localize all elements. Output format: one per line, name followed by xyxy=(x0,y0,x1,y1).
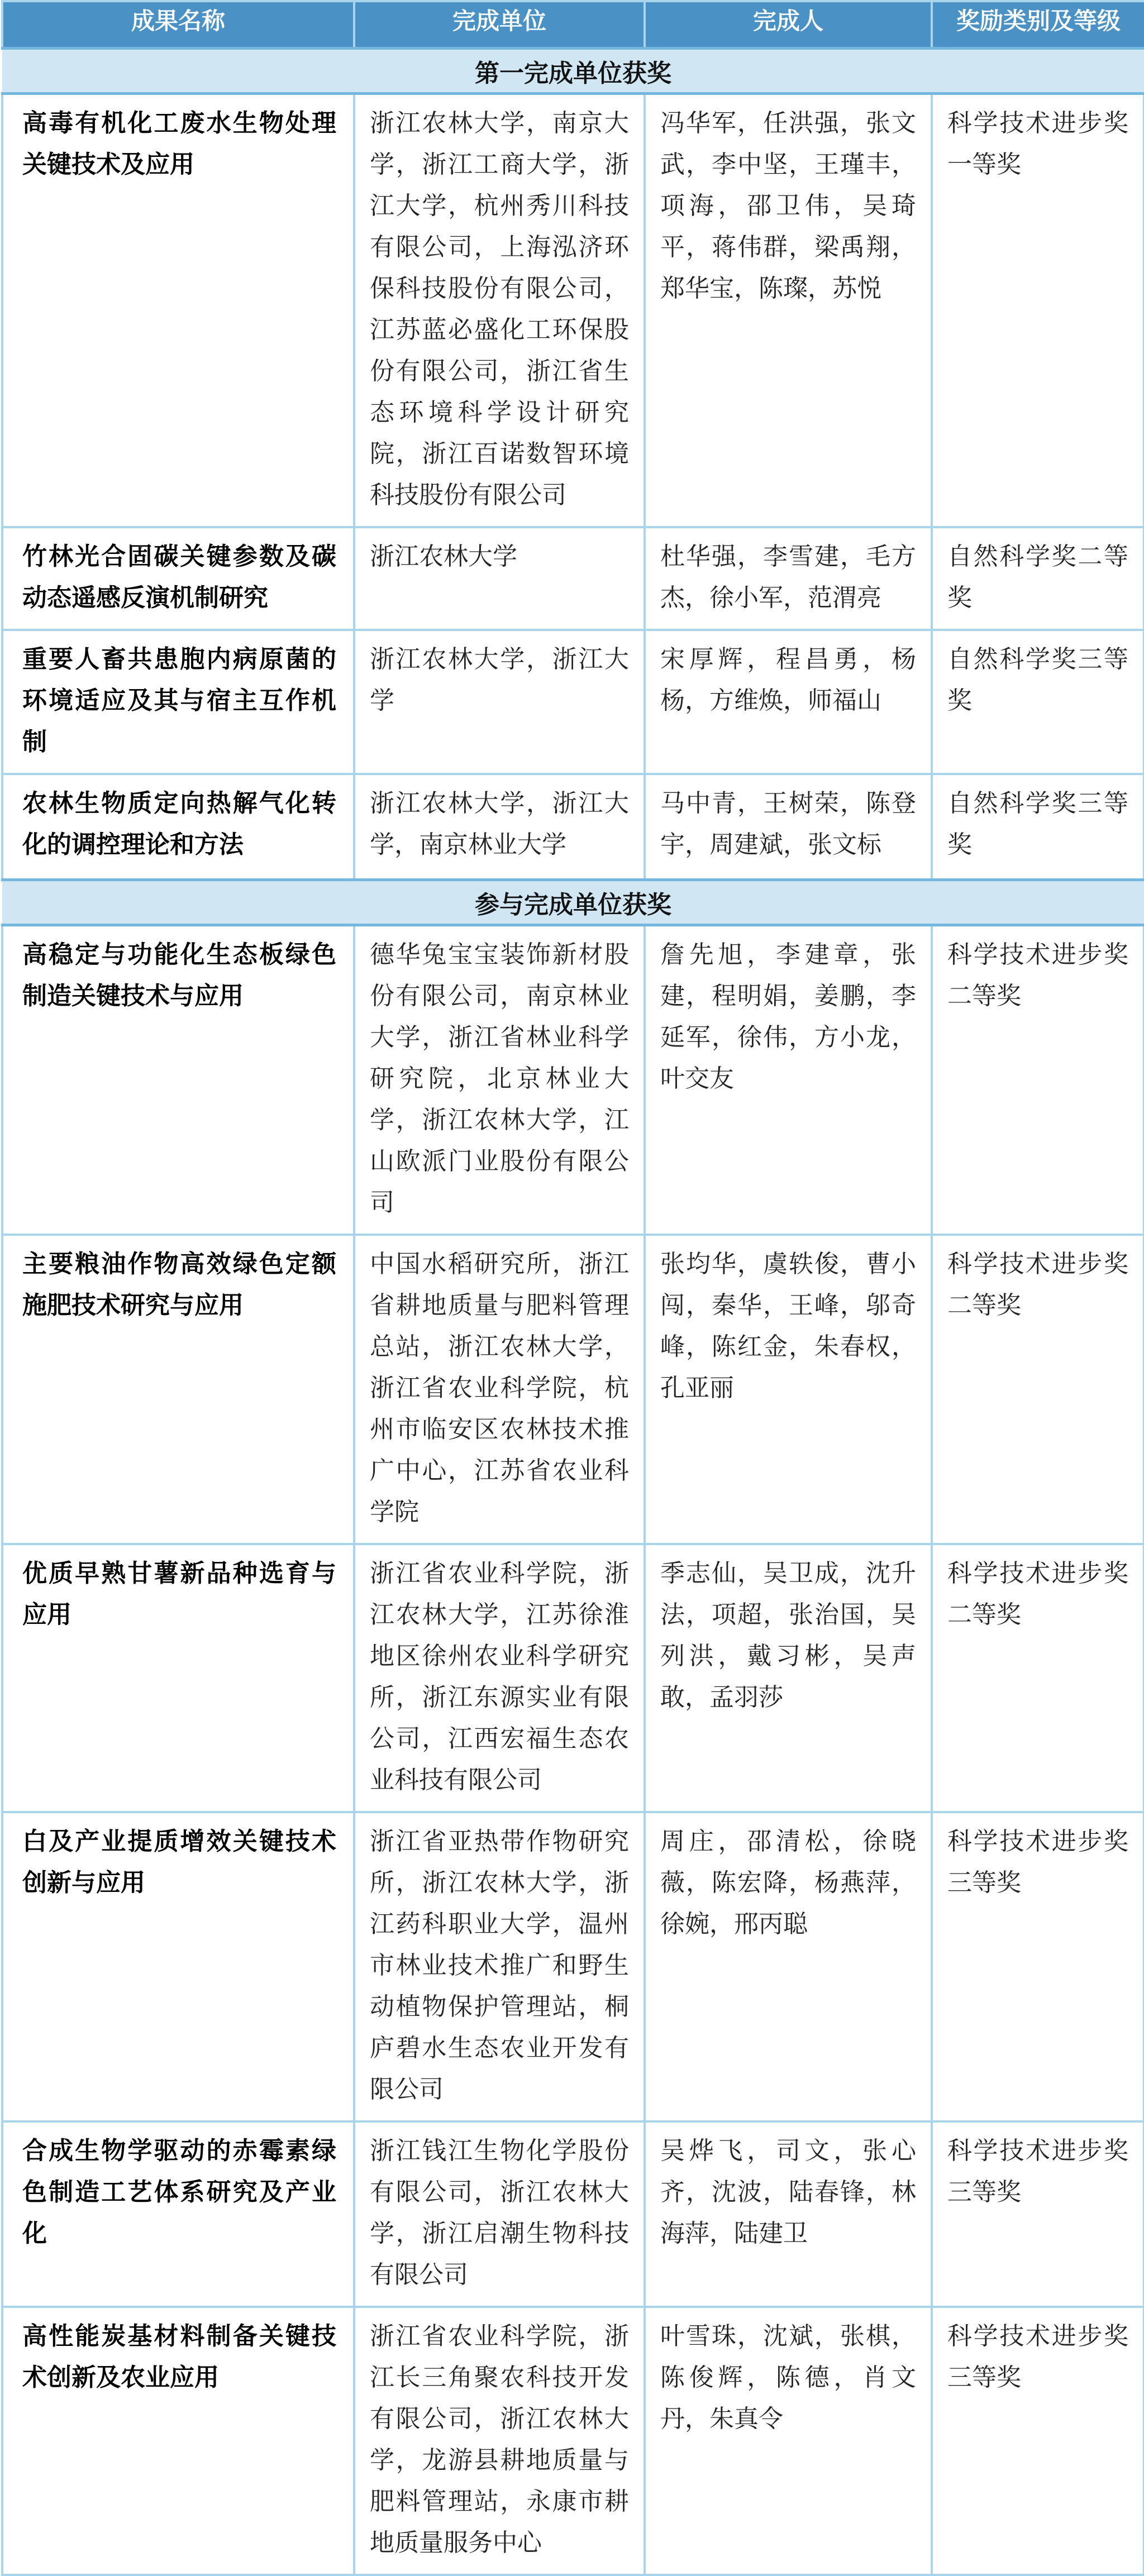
table-row: 优质早熟甘薯新品种选育与应用 浙江省农业科学院，浙江农林大学，江苏徐淮地区徐州农… xyxy=(2,1544,1144,1812)
cell-units: 浙江农林大学，浙江大学 xyxy=(354,630,645,774)
cell-achievement: 重要人畜共患胞内病原菌的环境适应及其与宿主互作机制 xyxy=(2,630,354,774)
cell-award: 自然科学奖三等奖 xyxy=(932,774,1144,880)
cell-units: 浙江省亚热带作物研究所，浙江农林大学，浙江药科职业大学，温州市林业技术推广和野生… xyxy=(354,1812,645,2121)
table-header: 成果名称 完成单位 完成人 奖励类别及等级 xyxy=(2,1,1144,48)
cell-units: 中国水稻研究所，浙江省耕地质量与肥料管理总站，浙江农林大学，浙江省农业科学院，杭… xyxy=(354,1235,645,1544)
table-row: 白及产业提质增效关键技术创新与应用 浙江省亚热带作物研究所，浙江农林大学，浙江药… xyxy=(2,1812,1144,2121)
cell-people: 杜华强，李雪建，毛方杰，徐小军，范渭亮 xyxy=(645,527,932,630)
section-title: 第一完成单位获奖 xyxy=(2,48,1144,93)
cell-award: 自然科学奖二等奖 xyxy=(932,527,1144,630)
cell-award: 科学技术进步奖三等奖 xyxy=(932,1812,1144,2121)
column-header-units: 完成单位 xyxy=(354,1,645,48)
cell-people: 宋厚辉，程昌勇，杨杨，方维焕，师福山 xyxy=(645,630,932,774)
cell-people: 季志仙，吴卫成，沈升法，项超，张治国，吴列洪，戴习彬，吴声敢，孟羽莎 xyxy=(645,1544,932,1812)
cell-award: 科学技术进步奖二等奖 xyxy=(932,1544,1144,1812)
cell-people: 马中青，王树荣，陈登宇，周建斌，张文标 xyxy=(645,774,932,880)
cell-people: 周庄，邵清松，徐晓薇，陈宏降，杨燕萍，徐婉，邢丙聪 xyxy=(645,1812,932,2121)
cell-achievement: 高毒有机化工废水生物处理关键技术及应用 xyxy=(2,93,354,527)
cell-achievement: 白及产业提质增效关键技术创新与应用 xyxy=(2,1812,354,2121)
column-header-award: 奖励类别及等级 xyxy=(932,1,1144,48)
cell-award: 自然科学奖三等奖 xyxy=(932,630,1144,774)
cell-achievement: 合成生物学驱动的赤霉素绿色制造工艺体系研究及产业化 xyxy=(2,2121,354,2307)
cell-award: 科学技术进步奖一等奖 xyxy=(932,93,1144,527)
column-header-people: 完成人 xyxy=(645,1,932,48)
table-row: 农林生物质定向热解气化转化的调控理论和方法 浙江农林大学，浙江大学，南京林业大学… xyxy=(2,774,1144,880)
cell-award: 科学技术进步奖三等奖 xyxy=(932,2121,1144,2307)
cell-achievement: 主要粮油作物高效绿色定额施肥技术研究与应用 xyxy=(2,1235,354,1544)
cell-people: 叶雪珠，沈斌，张棋，陈俊辉，陈德，肖文丹，朱真令 xyxy=(645,2307,932,2575)
cell-people: 张均华，虞轶俊，曹小闯，秦华，王峰，邬奇峰，陈红金，朱春权，孔亚丽 xyxy=(645,1235,932,1544)
awards-table: 成果名称 完成单位 完成人 奖励类别及等级 第一完成单位获奖 高毒有机化工废水生… xyxy=(1,0,1144,2576)
cell-units: 浙江农林大学，南京大学，浙江工商大学，浙江大学，杭州秀川科技有限公司，上海泓济环… xyxy=(354,93,645,527)
cell-units: 浙江农林大学 xyxy=(354,527,645,630)
cell-achievement: 竹林光合固碳关键参数及碳动态遥感反演机制研究 xyxy=(2,527,354,630)
cell-units: 浙江省农业科学院，浙江农林大学，江苏徐淮地区徐州农业科学研究所，浙江东源实业有限… xyxy=(354,1544,645,1812)
cell-units: 浙江农林大学，浙江大学，南京林业大学 xyxy=(354,774,645,880)
section-title: 参与完成单位获奖 xyxy=(2,880,1144,925)
cell-units: 德华兔宝宝装饰新材股份有限公司，南京林业大学，浙江省林业科学研究院，北京林业大学… xyxy=(354,925,645,1235)
table-row: 高毒有机化工废水生物处理关键技术及应用 浙江农林大学，南京大学，浙江工商大学，浙… xyxy=(2,93,1144,527)
cell-achievement: 农林生物质定向热解气化转化的调控理论和方法 xyxy=(2,774,354,880)
cell-achievement: 高稳定与功能化生态板绿色制造关键技术与应用 xyxy=(2,925,354,1235)
table-row: 合成生物学驱动的赤霉素绿色制造工艺体系研究及产业化 浙江钱江生物化学股份有限公司… xyxy=(2,2121,1144,2307)
table-row: 高性能炭基材料制备关键技术创新及农业应用 浙江省农业科学院，浙江长三角聚农科技开… xyxy=(2,2307,1144,2575)
section-header-first-unit: 第一完成单位获奖 xyxy=(2,48,1144,93)
column-header-achievement: 成果名称 xyxy=(2,1,354,48)
cell-achievement: 高性能炭基材料制备关键技术创新及农业应用 xyxy=(2,2307,354,2575)
section-header-participating-unit: 参与完成单位获奖 xyxy=(2,880,1144,925)
cell-award: 科学技术进步奖三等奖 xyxy=(932,2307,1144,2575)
cell-units: 浙江钱江生物化学股份有限公司，浙江农林大学，浙江启潮生物科技有限公司 xyxy=(354,2121,645,2307)
table-row: 重要人畜共患胞内病原菌的环境适应及其与宿主互作机制 浙江农林大学，浙江大学 宋厚… xyxy=(2,630,1144,774)
header-row: 成果名称 完成单位 完成人 奖励类别及等级 xyxy=(2,1,1144,48)
table-row: 主要粮油作物高效绿色定额施肥技术研究与应用 中国水稻研究所，浙江省耕地质量与肥料… xyxy=(2,1235,1144,1544)
table-row: 高稳定与功能化生态板绿色制造关键技术与应用 德华兔宝宝装饰新材股份有限公司，南京… xyxy=(2,925,1144,1235)
cell-units: 浙江省农业科学院，浙江长三角聚农科技开发有限公司，浙江农林大学，龙游县耕地质量与… xyxy=(354,2307,645,2575)
cell-people: 冯华军，任洪强，张文武，李中坚，王瑾丰，项海，邵卫伟，吴琦平，蒋伟群，梁禹翔，郑… xyxy=(645,93,932,527)
table-row: 竹林光合固碳关键参数及碳动态遥感反演机制研究 浙江农林大学 杜华强，李雪建，毛方… xyxy=(2,527,1144,630)
cell-people: 吴烨飞，司文，张心齐，沈波，陆春锋，林海萍，陆建卫 xyxy=(645,2121,932,2307)
cell-achievement: 优质早熟甘薯新品种选育与应用 xyxy=(2,1544,354,1812)
cell-people: 詹先旭，李建章，张建，程明娟，姜鹏，李延军，徐伟，方小龙，叶交友 xyxy=(645,925,932,1235)
cell-award: 科学技术进步奖二等奖 xyxy=(932,1235,1144,1544)
cell-award: 科学技术进步奖二等奖 xyxy=(932,925,1144,1235)
